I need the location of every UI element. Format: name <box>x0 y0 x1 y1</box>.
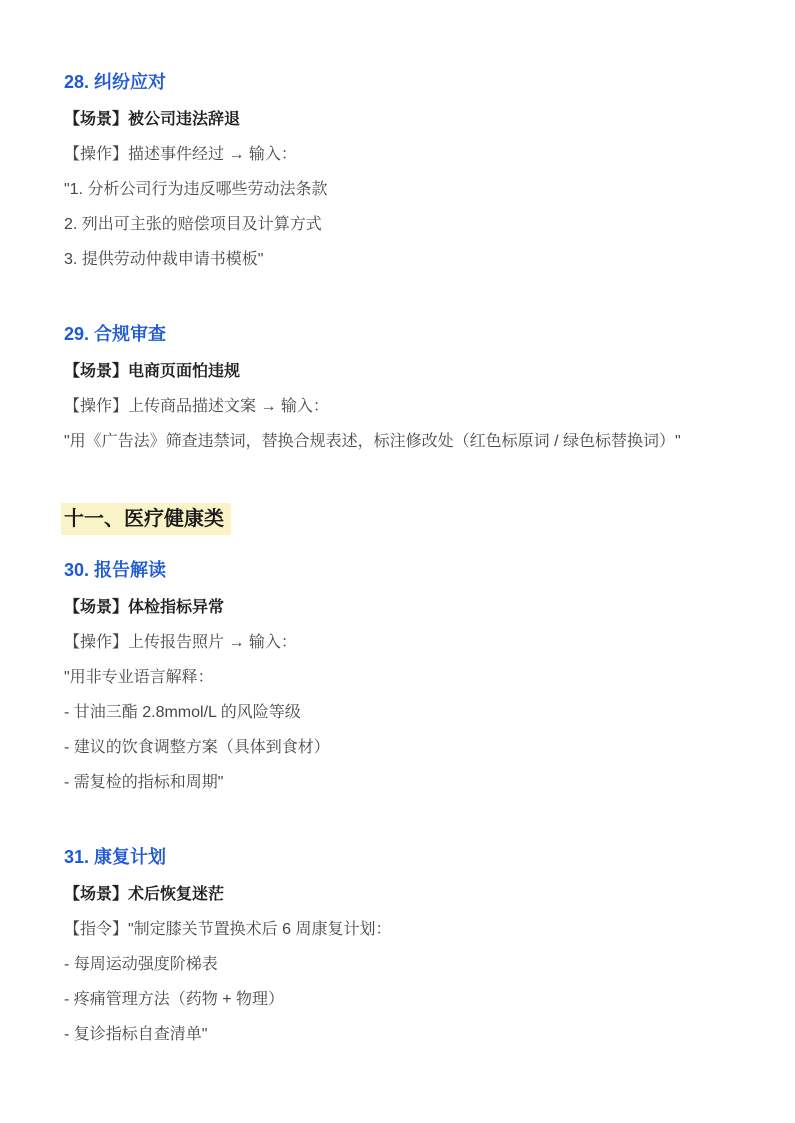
section-31-line-2: - 每周运动强度阶梯表 <box>64 955 218 974</box>
section-30-line-1: 【操作】上传报告照片 → 输入： <box>64 633 297 652</box>
section-30-line-5: - 需复检的指标和周期" <box>64 773 223 792</box>
section-29-scene: 【场景】电商页面怕违规 <box>64 362 240 381</box>
section-30-line-4: - 建议的饮食调整方案（具体到食材） <box>64 738 330 757</box>
section-28-scene: 【场景】被公司违法辞退 <box>64 110 240 129</box>
section-31-scene: 【场景】术后恢复迷茫 <box>64 885 224 904</box>
section-31-line-3: - 疼痛管理方法（药物 + 物理） <box>64 990 284 1009</box>
section-29-heading: 29. 合规审查 <box>64 324 166 345</box>
section-29-line-1: 【操作】上传商品描述文案 → 输入： <box>64 397 329 416</box>
document-page: 28. 纠纷应对 【场景】被公司违法辞退 【操作】描述事件经过 → 输入： "1… <box>0 0 795 1123</box>
section-30-scene: 【场景】体检指标异常 <box>64 598 224 617</box>
section-30-line-2: "用非专业语言解释： <box>64 668 214 687</box>
section-28-line-2: "1. 分析公司行为违反哪些劳动法条款 <box>64 180 327 199</box>
section-28-line-3: 2. 列出可主张的赔偿项目及计算方式 <box>64 215 322 234</box>
section-28-line-4: 3. 提供劳动仲裁申请书模板" <box>64 250 263 269</box>
section-28-heading: 28. 纠纷应对 <box>64 72 166 93</box>
section-30-line-3: - 甘油三酯 2.8mmol/L 的风险等级 <box>64 703 301 722</box>
section-30-heading: 30. 报告解读 <box>64 560 166 581</box>
section-31-line-4: - 复诊指标自查清单" <box>64 1025 207 1044</box>
section-28-line-1: 【操作】描述事件经过 → 输入： <box>64 145 297 164</box>
category-header-medical: 十一、医疗健康类 <box>61 503 231 535</box>
section-29-line-2: "用《广告法》筛查违禁词，替换合规表述，标注修改处（红色标原词 / 绿色标替换词… <box>64 432 681 451</box>
section-31-line-1: 【指令】"制定膝关节置换术后 6 周康复计划： <box>64 920 391 939</box>
section-31-heading: 31. 康复计划 <box>64 847 166 868</box>
